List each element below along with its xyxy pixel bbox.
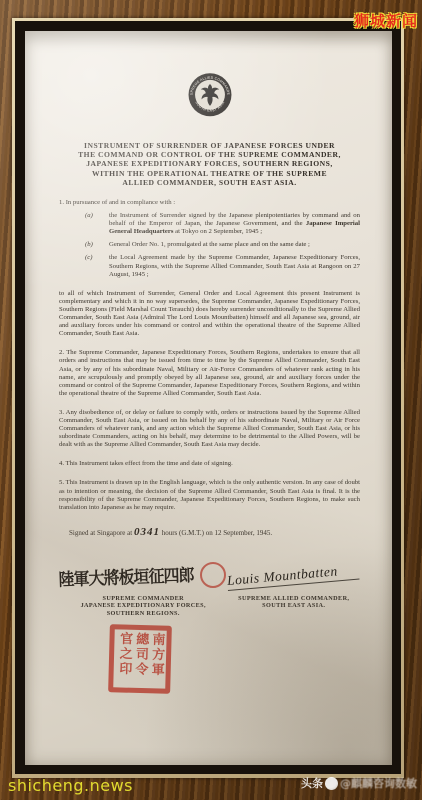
clause-a-text: the Instrument of Surrender signed by th… xyxy=(109,212,360,236)
watermark-shicheng-news-cn: 狮城新闻 xyxy=(354,10,418,31)
caption-line: SOUTHERN REGIONS. xyxy=(59,610,228,618)
clause-a-label: (a) xyxy=(85,212,109,236)
seal-column: 南方軍 xyxy=(149,632,164,686)
surrender-document-paper: SUPREME ALLIED COMMANDER SOUTH EAST ASIA… xyxy=(25,31,392,765)
seal-column: 總司令 xyxy=(132,631,147,685)
seac-crest-icon: SUPREME ALLIED COMMANDER SOUTH EAST ASIA xyxy=(187,71,233,117)
signed-time-handwritten: 0341 xyxy=(134,526,160,538)
paragraph-4: 4. This Instrument takes effect from the… xyxy=(59,460,360,468)
clause-c: (c) the Local Agreement made by the Supr… xyxy=(85,254,360,278)
clause-c-label: (c) xyxy=(85,254,109,278)
signed-line: Signed at Singapore at 0341 hours (G.M.T… xyxy=(69,526,360,538)
watermark-toutiao: 头条 @麒麟咨询数敏 xyxy=(301,775,417,791)
caption-line: SOUTH EAST ASIA. xyxy=(228,602,360,610)
mountbatten-signature: Louis Mountbatten xyxy=(226,561,360,590)
paragraph-5: 5. This Instrument is drawn up in the En… xyxy=(59,479,360,511)
toutiao-avatar-icon xyxy=(325,777,338,790)
signed-prefix: Signed at Singapore at xyxy=(69,529,134,537)
title-line: ALLIED COMMANDER, SOUTH EAST ASIA. xyxy=(63,178,356,187)
signatures-row: 陸軍大將板垣征四郎 Louis Mountbatten xyxy=(59,568,360,591)
clause-b-text: General Order No. 1, promulgated at the … xyxy=(109,241,360,249)
paragraph-3: 3. Any disobedience of, or delay or fail… xyxy=(59,409,360,449)
clause-a-post: at Tokyo on 2 September, 1945 ; xyxy=(173,228,262,235)
document-title: INSTRUMENT OF SURRENDER OF JAPANESE FORC… xyxy=(63,141,356,187)
mountbatten-signature-block: Louis Mountbatten xyxy=(228,573,360,591)
title-line: WITHIN THE OPERATIONAL THEATRE OF THE SU… xyxy=(63,169,356,178)
title-line: INSTRUMENT OF SURRENDER OF JAPANESE FORC… xyxy=(63,141,356,150)
toutiao-handle: @麒麟咨询数敏 xyxy=(340,775,417,791)
watermark-shicheng-news-url: shicheng.news xyxy=(8,776,133,795)
caption-line: SUPREME ALLIED COMMANDER, xyxy=(228,595,360,603)
document-content: SUPREME ALLIED COMMANDER SOUTH EAST ASIA… xyxy=(25,31,392,765)
caption-line: SUPREME COMMANDER xyxy=(59,595,228,603)
clause-b-label: (b) xyxy=(85,241,109,249)
framed-document-photo: SUPREME ALLIED COMMANDER SOUTH EAST ASIA… xyxy=(0,0,422,800)
japanese-signature-block: 陸軍大將板垣征四郎 xyxy=(59,568,228,591)
toutiao-label: 头条 xyxy=(301,775,323,791)
paragraph-2: 2. The Supreme Commander, Japanese Exped… xyxy=(59,349,360,398)
paragraph-1-continuation: to all of which Instrument of Surrender,… xyxy=(59,290,360,339)
japanese-signature-caption: SUPREME COMMANDER JAPANESE EXPEDITIONARY… xyxy=(59,595,228,618)
signed-suffix: hours (G.M.T.) on 12 September, 1945. xyxy=(160,529,272,537)
clause-c-text: the Local Agreement made by the Supreme … xyxy=(109,254,360,278)
title-line: THE COMMAND OR CONTROL OF THE SUPREME CO… xyxy=(63,150,356,159)
clause-a: (a) the Instrument of Surrender signed b… xyxy=(85,212,360,236)
seal-column: 官之印 xyxy=(116,631,131,685)
red-circle-stamp-icon xyxy=(200,562,226,588)
signature-captions-row: SUPREME COMMANDER JAPANESE EXPEDITIONARY… xyxy=(59,595,360,618)
red-square-seal-icon: 官之印 總司令 南方軍 xyxy=(108,624,172,694)
title-line: JAPANESE EXPEDITIONARY FORCES, SOUTHERN … xyxy=(63,159,356,168)
mountbatten-signature-caption: SUPREME ALLIED COMMANDER, SOUTH EAST ASI… xyxy=(228,595,360,618)
caption-line: JAPANESE EXPEDITIONARY FORCES, xyxy=(59,602,228,610)
clause-list: (a) the Instrument of Surrender signed b… xyxy=(85,212,360,279)
clause-b: (b) General Order No. 1, promulgated at … xyxy=(85,241,360,249)
paragraph-1-intro: 1. In pursuance of and in compliance wit… xyxy=(59,199,360,207)
